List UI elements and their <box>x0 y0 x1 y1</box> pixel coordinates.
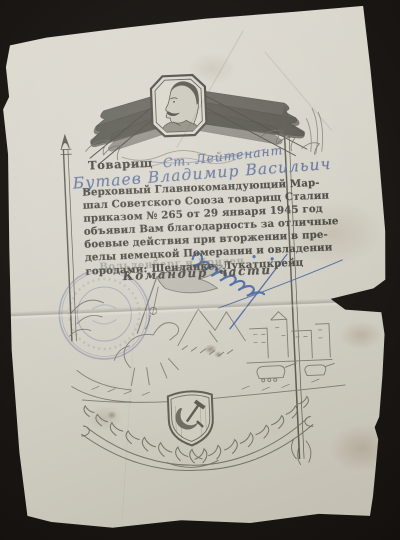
certificate-paper: ТоварищСт. Лейтенант Бутаев Владимир Вас… <box>0 5 399 535</box>
stalin-portrait-icon <box>150 75 206 137</box>
shield-hammer-sickle-icon <box>168 391 214 447</box>
battle-scene-illustration <box>66 258 345 405</box>
photo-of-certificate: ТоварищСт. Лейтенант Бутаев Владимир Вас… <box>0 0 400 540</box>
left-border-column <box>60 135 80 341</box>
